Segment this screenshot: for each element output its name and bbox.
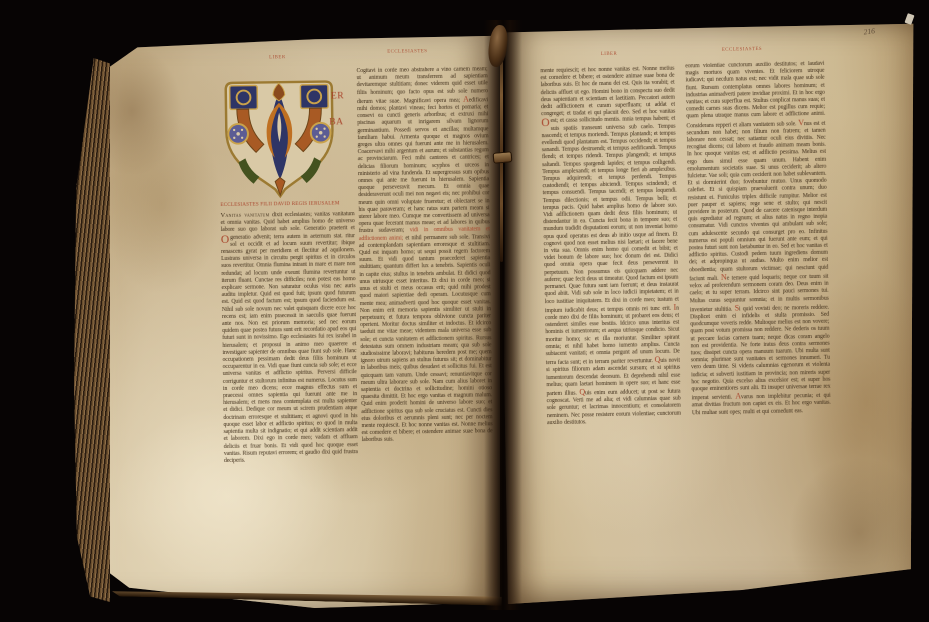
running-header-liber-left: LIBER	[269, 55, 285, 60]
illuminated-initial-V-icon	[223, 78, 337, 200]
right-page-column-2: eorum violentiae cunctorum auxilio desti…	[685, 61, 832, 488]
running-header-ecclesiastes-left: ECCLESIASTES	[387, 49, 427, 55]
running-header-ecclesiastes-right: ECCLESIASTES	[722, 47, 762, 53]
page-edge-stack-left	[74, 58, 110, 602]
left-page-column-2: Cogitavi in corde meo abstrahere a vino …	[357, 66, 494, 472]
incipit-rubric: ECCLESIASTES FILII DAVID REGIS IERUSALEM	[220, 200, 356, 210]
running-header-liber-right: LIBER	[601, 52, 617, 57]
right-page-column-1: mente requiescit; et hoc nonne vanitas e…	[540, 66, 682, 492]
left-page-column-1: Vanitas vanitatum dixit ecclesiastes; va…	[220, 210, 358, 478]
right-page: LIBER ECCLESIASTES 216 mente requiescit;…	[503, 22, 915, 604]
folio-number: 216	[863, 26, 875, 36]
initial-syllable-er: ER	[331, 91, 344, 101]
sewing-thread-clasp	[493, 151, 513, 164]
book-gutter-shadow	[484, 20, 522, 610]
manuscript-photo: LIBER ECCLESIASTES	[0, 0, 929, 622]
left-page: LIBER ECCLESIASTES	[88, 30, 500, 608]
page-corner-sliver	[905, 13, 915, 25]
initial-syllable-ba: BA	[329, 117, 344, 127]
